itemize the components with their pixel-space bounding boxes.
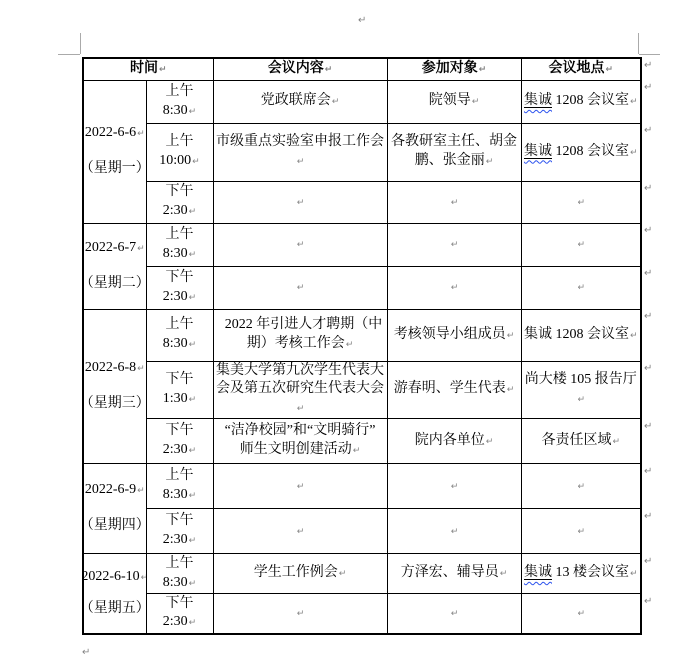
- participants-cell[interactable]: ↵: [387, 266, 521, 309]
- table-row: 下午 2:30↵ ↵ ↵ ↵: [83, 181, 641, 223]
- row-end-mark-icon: ↵: [644, 225, 652, 236]
- weekday-label: （星期四）: [83, 517, 146, 536]
- content-cell[interactable]: 市级重点实验室申报工作会↵: [213, 123, 387, 181]
- cell-end-mark-icon: ↵: [188, 340, 197, 350]
- cell-end-mark-icon: ↵: [188, 293, 197, 303]
- cell-end-mark-icon: ↵: [576, 240, 585, 250]
- margin-corner-mark: [80, 33, 81, 54]
- cell-end-mark-icon: ↵: [471, 97, 480, 107]
- content-cell[interactable]: 集美大学第九次学生代表大 会及第五次研究生代表大会↵: [213, 361, 387, 419]
- cell-end-mark-icon: ↵: [136, 486, 145, 496]
- cell-end-mark-icon: ↵: [629, 97, 638, 107]
- cell-end-mark-icon: ↵: [576, 283, 585, 293]
- participants-cell[interactable]: ↵: [387, 223, 521, 266]
- participants-cell[interactable]: ↵: [387, 181, 521, 223]
- cell-end-mark-icon: ↵: [188, 579, 197, 589]
- table-row: 下午 1:30↵ 集美大学第九次学生代表大 会及第五次研究生代表大会↵ 游春明、…: [83, 361, 641, 419]
- time-cell[interactable]: 下午 2:30↵: [146, 266, 213, 309]
- date-label: 2022-6-10↵: [83, 568, 146, 587]
- participants-cell[interactable]: 考核领导小组成员↵: [387, 309, 521, 361]
- row-end-mark-icon: ↵: [644, 268, 652, 279]
- row-end-mark-icon: ↵: [644, 466, 652, 477]
- cell-end-mark-icon: ↵: [506, 331, 515, 341]
- table-row: 下午 2:30↵ “洁净校园”和“文明骑行” 师生文明创建活动↵ 院内各单位↵ …: [83, 419, 641, 464]
- table-header-row: 时间↵ 会议内容↵ 参加对象↵ 会议地点↵: [83, 58, 641, 80]
- cell-end-mark-icon: ↵: [158, 65, 167, 75]
- cell-end-mark-icon: ↵: [450, 283, 459, 293]
- cell-end-mark-icon: ↵: [296, 283, 305, 293]
- cell-end-mark-icon: ↵: [136, 244, 145, 254]
- date-cell[interactable]: 2022-6-6↵ （星期一）: [83, 80, 146, 223]
- cell-end-mark-icon: ↵: [576, 527, 585, 537]
- row-end-mark-icon: ↵: [644, 125, 652, 136]
- cell-end-mark-icon: ↵: [188, 536, 197, 546]
- location-cell[interactable]: 尚大楼 105 报告厅↵: [521, 361, 641, 419]
- cell-end-mark-icon: ↵: [136, 364, 145, 374]
- time-cell[interactable]: 下午 1:30↵: [146, 361, 213, 419]
- row-end-mark-icon: ↵: [644, 596, 652, 607]
- table-row: 上午 10:00↵ 市级重点实验室申报工作会↵ 各教研室主任、胡金 鹏、张金丽↵…: [83, 123, 641, 181]
- time-cell[interactable]: 下午 2:30↵: [146, 181, 213, 223]
- location-cell[interactable]: ↵: [521, 266, 641, 309]
- content-cell[interactable]: 学生工作例会↵: [213, 554, 387, 594]
- content-cell[interactable]: ↵: [213, 509, 387, 554]
- cell-end-mark-icon: ↵: [345, 340, 354, 350]
- cell-end-mark-icon: ↵: [191, 157, 200, 167]
- cell-end-mark-icon: ↵: [450, 609, 459, 619]
- cell-end-mark-icon: ↵: [629, 331, 638, 341]
- table-row: 2022-6-7↵ （星期二） 上午 8:30↵ ↵ ↵ ↵: [83, 223, 641, 266]
- content-cell[interactable]: 党政联席会↵: [213, 80, 387, 123]
- cell-end-mark-icon: ↵: [485, 157, 494, 167]
- cell-end-mark-icon: ↵: [188, 395, 197, 405]
- cell-end-mark-icon: ↵: [296, 609, 305, 619]
- header-time[interactable]: 时间↵: [83, 58, 213, 80]
- location-cell[interactable]: 各责任区域↵: [521, 419, 641, 464]
- time-cell[interactable]: 上午 8:30↵: [146, 309, 213, 361]
- document-page: ↵ ↵ 时间↵ 会议内容↵ 参加对象↵ 会议地点↵: [0, 0, 695, 668]
- time-cell[interactable]: 上午 8:30↵: [146, 554, 213, 594]
- cell-end-mark-icon: ↵: [576, 395, 585, 405]
- cell-end-mark-icon: ↵: [450, 240, 459, 250]
- table-row: 2022-6-8↵ （星期三） 上午 8:30↵ 2022 年引进人才聘期（中 …: [83, 309, 641, 361]
- row-end-mark-icon: ↵: [644, 421, 652, 432]
- location-cell[interactable]: ↵: [521, 509, 641, 554]
- weekday-label: （星期三）: [83, 395, 146, 414]
- table-row: 2022-6-6↵ （星期一） 上午 8:30↵ 党政联席会↵ 院领导↵ 集诚 …: [83, 80, 641, 123]
- participants-cell[interactable]: 方泽宏、辅导员↵: [387, 554, 521, 594]
- content-cell[interactable]: ↵: [213, 594, 387, 634]
- cell-end-mark-icon: ↵: [296, 527, 305, 537]
- location-cell[interactable]: 集诚 1208 会议室↵: [521, 309, 641, 361]
- header-content-label: 会议内容: [268, 61, 324, 76]
- content-cell[interactable]: “洁净校园”和“文明骑行” 师生文明创建活动↵: [213, 419, 387, 464]
- location-cell[interactable]: ↵: [521, 181, 641, 223]
- cell-end-mark-icon: ↵: [629, 569, 638, 579]
- weekday-label: （星期一）: [83, 160, 146, 179]
- content-cell[interactable]: 2022 年引进人才聘期（中 期）考核工作会↵: [213, 309, 387, 361]
- cell-end-mark-icon: ↵: [296, 157, 305, 167]
- header-location-label: 会议地点: [548, 61, 604, 76]
- location-cell[interactable]: 集诚 1208 会议室↵: [521, 123, 641, 181]
- date-cell[interactable]: 2022-6-7↵ （星期二）: [83, 223, 146, 309]
- cell-end-mark-icon: ↵: [478, 65, 487, 75]
- header-content[interactable]: 会议内容↵: [213, 58, 387, 80]
- paragraph-mark-icon: ↵: [82, 647, 90, 658]
- cell-end-mark-icon: ↵: [499, 569, 508, 579]
- row-end-mark-icon: ↵: [644, 363, 652, 374]
- table-row: 下午 2:30↵ ↵ ↵ ↵: [83, 594, 641, 634]
- header-time-label: 时间: [130, 61, 158, 76]
- date-cell[interactable]: 2022-6-10↵ （星期五）: [83, 554, 146, 634]
- content-cell[interactable]: ↵: [213, 266, 387, 309]
- cell-end-mark-icon: ↵: [136, 129, 145, 139]
- participants-cell[interactable]: 院领导↵: [387, 80, 521, 123]
- cell-end-mark-icon: ↵: [188, 618, 197, 628]
- cell-end-mark-icon: ↵: [629, 148, 638, 158]
- time-cell[interactable]: 上午 8:30↵: [146, 464, 213, 509]
- cell-end-mark-icon: ↵: [188, 107, 197, 117]
- cell-end-mark-icon: ↵: [331, 97, 340, 107]
- cell-end-mark-icon: ↵: [506, 385, 515, 395]
- participants-cell[interactable]: 院内各单位↵: [387, 419, 521, 464]
- header-location[interactable]: 会议地点↵: [521, 58, 641, 80]
- cell-end-mark-icon: ↵: [485, 437, 494, 447]
- row-end-mark-icon: ↵: [644, 311, 652, 322]
- row-end-mark-icon: ↵: [644, 60, 652, 71]
- cell-end-mark-icon: ↵: [188, 491, 197, 501]
- location-cell[interactable]: ↵: [521, 223, 641, 266]
- cell-end-mark-icon: ↵: [296, 198, 305, 208]
- cell-end-mark-icon: ↵: [324, 65, 333, 75]
- participants-cell[interactable]: ↵: [387, 509, 521, 554]
- time-cell[interactable]: 下午 2:30↵: [146, 594, 213, 634]
- time-cell[interactable]: 下午 2:30↵: [146, 419, 213, 464]
- cell-end-mark-icon: ↵: [296, 240, 305, 250]
- date-label: 2022-6-6↵: [85, 124, 145, 143]
- time-cell[interactable]: 下午 2:30↵: [146, 509, 213, 554]
- cell-end-mark-icon: ↵: [188, 207, 197, 217]
- participants-cell[interactable]: ↵: [387, 464, 521, 509]
- table-row: 2022-6-9↵ （星期四） 上午 8:30↵ ↵ ↵ ↵: [83, 464, 641, 509]
- cell-end-mark-icon: ↵: [140, 573, 146, 583]
- margin-corner-mark: [58, 54, 80, 55]
- cell-end-mark-icon: ↵: [352, 446, 361, 456]
- participants-cell[interactable]: ↵: [387, 594, 521, 634]
- row-end-mark-icon: ↵: [644, 556, 652, 567]
- cell-end-mark-icon: ↵: [576, 482, 585, 492]
- weekday-label: （星期二）: [83, 275, 146, 294]
- cell-end-mark-icon: ↵: [604, 65, 613, 75]
- location-cell[interactable]: 集诚 13 楼会议室↵: [521, 554, 641, 594]
- cell-end-mark-icon: ↵: [450, 198, 459, 208]
- cell-end-mark-icon: ↵: [338, 569, 347, 579]
- weekday-label: （星期五）: [83, 600, 146, 619]
- row-end-mark-icon: ↵: [644, 511, 652, 522]
- time-cell[interactable]: 上午 10:00↵: [146, 123, 213, 181]
- date-label: 2022-6-9↵: [85, 481, 145, 500]
- date-cell[interactable]: 2022-6-8↵ （星期三）: [83, 309, 146, 464]
- row-end-mark-icon: ↵: [644, 183, 652, 194]
- table-row: 下午 2:30↵ ↵ ↵ ↵: [83, 509, 641, 554]
- header-participants-label: 参加对象: [422, 61, 478, 76]
- header-participants[interactable]: 参加对象↵: [387, 58, 521, 80]
- paragraph-mark-icon: ↵: [358, 15, 366, 26]
- cell-end-mark-icon: ↵: [611, 437, 620, 447]
- date-label: 2022-6-8↵: [85, 359, 145, 378]
- date-cell[interactable]: 2022-6-9↵ （星期四）: [83, 464, 146, 554]
- location-cell[interactable]: ↵: [521, 464, 641, 509]
- content-cell[interactable]: ↵: [213, 464, 387, 509]
- cell-end-mark-icon: ↵: [188, 446, 197, 456]
- cell-end-mark-icon: ↵: [188, 250, 197, 260]
- table-row: 下午 2:30↵ ↵ ↵ ↵: [83, 266, 641, 309]
- content-cell[interactable]: ↵: [213, 181, 387, 223]
- schedule-table: 时间↵ 会议内容↵ 参加对象↵ 会议地点↵ 2022-6-6↵ （星期一）: [82, 57, 642, 635]
- time-cell[interactable]: 上午 8:30↵: [146, 80, 213, 123]
- cell-end-mark-icon: ↵: [450, 482, 459, 492]
- cell-end-mark-icon: ↵: [576, 609, 585, 619]
- cell-end-mark-icon: ↵: [450, 527, 459, 537]
- cell-end-mark-icon: ↵: [576, 198, 585, 208]
- time-cell[interactable]: 上午 8:30↵: [146, 223, 213, 266]
- date-label: 2022-6-7↵: [85, 239, 145, 258]
- participants-cell[interactable]: 游春明、学生代表↵: [387, 361, 521, 419]
- content-cell[interactable]: ↵: [213, 223, 387, 266]
- location-cell[interactable]: 集诚 1208 会议室↵: [521, 80, 641, 123]
- participants-cell[interactable]: 各教研室主任、胡金 鹏、张金丽↵: [387, 123, 521, 181]
- row-end-mark-icon: ↵: [644, 82, 652, 93]
- margin-corner-mark: [638, 33, 639, 54]
- cell-end-mark-icon: ↵: [296, 482, 305, 492]
- table-row: 2022-6-10↵ （星期五） 上午 8:30↵ 学生工作例会↵ 方泽宏、辅导…: [83, 554, 641, 594]
- cell-end-mark-icon: ↵: [296, 404, 305, 414]
- margin-corner-mark: [639, 54, 660, 55]
- location-cell[interactable]: ↵: [521, 594, 641, 634]
